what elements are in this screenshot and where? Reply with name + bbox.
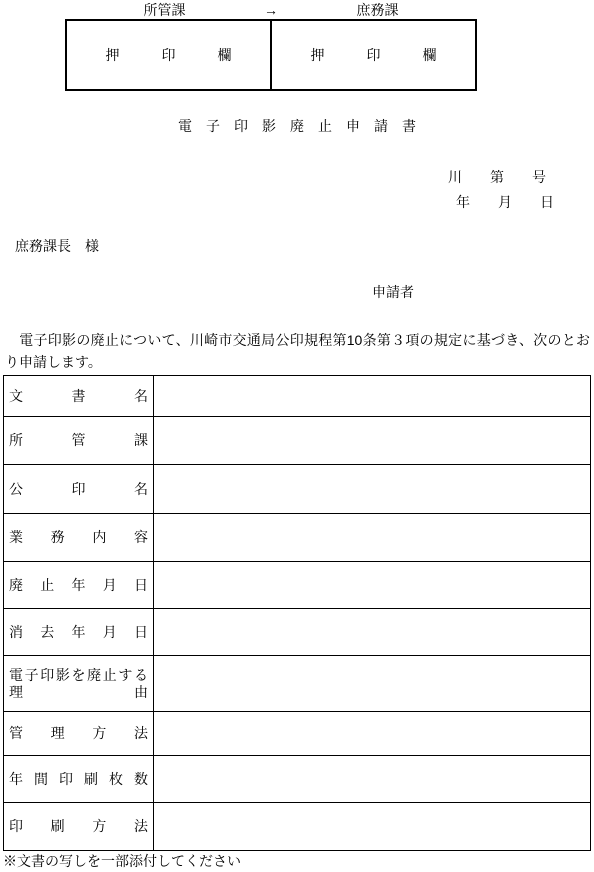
field-input-seal-name[interactable] — [154, 465, 591, 514]
field-label-managing-section: 所管課 — [4, 417, 154, 465]
stamp-cell-shomuka[interactable]: 押 印 欄 — [272, 21, 475, 89]
table-row: 年間印刷枚数 — [4, 756, 591, 803]
table-row: 管理方法 — [4, 712, 591, 756]
stamp-routing-header: 所管課 → 庶務課 — [65, 2, 477, 19]
table-row: 所管課 — [4, 417, 591, 465]
field-label-management-method: 管理方法 — [4, 712, 154, 756]
field-input-abolition-date[interactable] — [154, 562, 591, 609]
table-row: 公印名 — [4, 465, 591, 514]
field-label-document-name: 文書名 — [4, 376, 154, 417]
stamp-box: 押 印 欄 押 印 欄 — [65, 19, 477, 91]
doc-date-line: 年 月 日 — [0, 190, 594, 215]
doc-number-block: 川 第 号 年 月 日 — [0, 165, 594, 215]
field-input-document-name[interactable] — [154, 376, 591, 417]
table-row: 電子印影を廃止する 理由 — [4, 656, 591, 712]
body-paragraph: 電子印影の廃止について、川崎市交通局公印規程第10条第３項の規定に基づき、次のと… — [5, 329, 590, 373]
field-label-printing-method: 印刷方法 — [4, 803, 154, 851]
page-title: 電 子 印 影 廃 止 申 請 書 — [0, 118, 594, 135]
field-input-business-content[interactable] — [154, 514, 591, 562]
field-label-business-content: 業務内容 — [4, 514, 154, 562]
table-row: 消去年月日 — [4, 609, 591, 656]
field-label-seal-name: 公印名 — [4, 465, 154, 514]
application-form-table: 文書名 所管課 公印名 業務内容 廃止年月日 — [3, 375, 591, 851]
field-input-erasure-date[interactable] — [154, 609, 591, 656]
field-input-annual-print-count[interactable] — [154, 756, 591, 803]
table-row: 文書名 — [4, 376, 591, 417]
stamp-to-label: 庶務課 — [278, 2, 477, 19]
footnote: ※文書の写しを一部添付してください — [3, 853, 594, 870]
field-input-abolition-reason[interactable] — [154, 656, 591, 712]
field-input-printing-method[interactable] — [154, 803, 591, 851]
applicant-label: 申請者 — [372, 284, 594, 301]
doc-number-line: 川 第 号 — [0, 165, 594, 190]
stamp-from-label: 所管課 — [65, 2, 264, 19]
field-input-managing-section[interactable] — [154, 417, 591, 465]
field-input-management-method[interactable] — [154, 712, 591, 756]
arrow-right-icon: → — [264, 2, 278, 19]
addressee: 庶務課長 様 — [15, 238, 594, 255]
table-row: 業務内容 — [4, 514, 591, 562]
field-label-annual-print-count: 年間印刷枚数 — [4, 756, 154, 803]
stamp-cell-shokanka[interactable]: 押 印 欄 — [67, 21, 272, 89]
application-form-page: { "stamp_header": { "from_label": "所管課",… — [0, 0, 594, 872]
field-label-erasure-date: 消去年月日 — [4, 609, 154, 656]
table-row: 印刷方法 — [4, 803, 591, 851]
stamp-cell-label: 押 印 欄 — [106, 47, 232, 64]
stamp-cell-label: 押 印 欄 — [311, 47, 437, 64]
table-row: 廃止年月日 — [4, 562, 591, 609]
field-label-abolition-date: 廃止年月日 — [4, 562, 154, 609]
field-label-abolition-reason: 電子印影を廃止する 理由 — [4, 656, 154, 712]
